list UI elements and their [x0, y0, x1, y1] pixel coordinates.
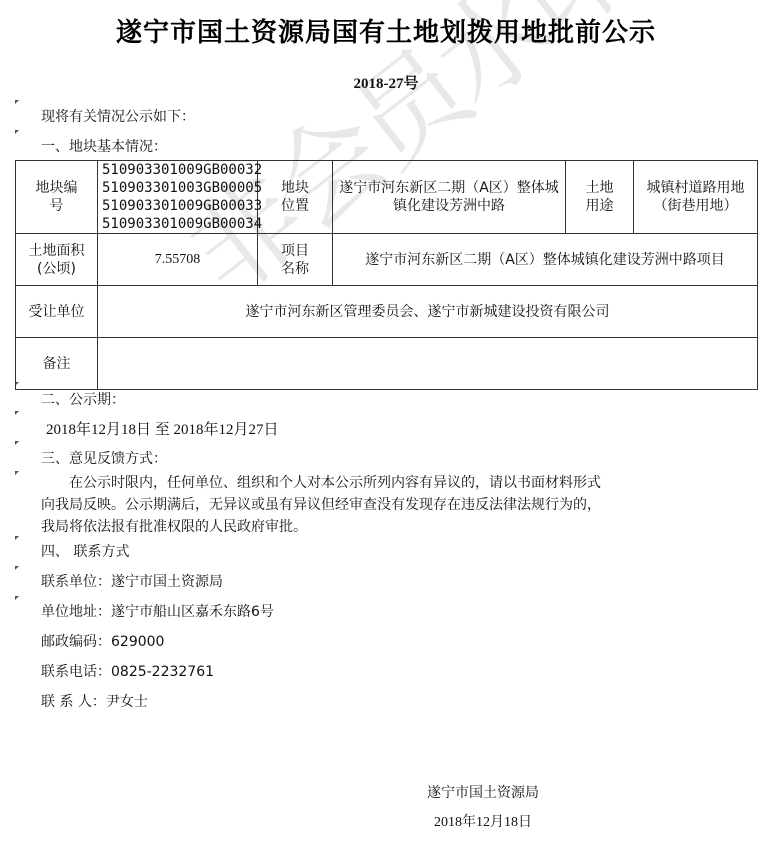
contact-person: 联 系 人：尹女士	[41, 691, 148, 711]
area-value: 7.55708	[98, 234, 258, 286]
intro-text: 现将有关情况公示如下：	[41, 106, 195, 126]
section3-heading: 三、意见反馈方式：	[41, 448, 167, 468]
document-number: 2018-27号	[0, 72, 772, 93]
paragraph-marker-icon	[15, 566, 19, 570]
feedback-paragraph: 在公示时限内，任何单位、组织和个人对本公示所列内容有异议的，请以书面材料形式 向…	[41, 472, 701, 538]
project-value: 遂宁市河东新区二期（A区）整体城镇化建设芳洲中路项目	[333, 234, 758, 286]
parcel-info-table: 地块编号 510903301009GB00032 510903301003GB0…	[15, 160, 758, 390]
parcel-code: 510903301003GB00005	[102, 179, 253, 197]
land-use-value: 城镇村道路用地（街巷用地）	[634, 161, 758, 234]
land-use-label: 土地用途	[566, 161, 634, 234]
signature-org: 遂宁市国土资源局	[0, 782, 772, 802]
parcel-code: 510903301009GB00032	[102, 161, 253, 179]
paragraph-marker-icon	[15, 471, 19, 475]
paragraph-marker-icon	[15, 100, 19, 104]
area-label: 土地面积(公顷)	[16, 234, 98, 286]
feedback-line: 在公示时限内，任何单位、组织和个人对本公示所列内容有异议的，请以书面材料形式	[41, 472, 701, 494]
assignee-label: 受让单位	[16, 286, 98, 338]
feedback-line: 向我局反映。公示期满后，无异议或虽有异议但经审查没有发现存在违反法律法规行为的，	[41, 494, 701, 516]
paragraph-marker-icon	[15, 411, 19, 415]
contact-phone: 联系电话：0825-2232761	[41, 661, 214, 681]
paragraph-marker-icon	[15, 596, 19, 600]
section2-heading: 二、公示期：	[41, 389, 125, 409]
assignee-value: 遂宁市河东新区管理委员会、遂宁市新城建设投资有限公司	[98, 286, 758, 338]
contact-address: 单位地址：遂宁市船山区嘉禾东路6号	[41, 601, 274, 621]
paragraph-marker-icon	[15, 130, 19, 134]
parcel-codes-cell: 510903301009GB00032 510903301003GB00005 …	[98, 161, 258, 234]
section1-heading: 一、地块基本情况：	[41, 136, 167, 156]
document-title: 遂宁市国土资源局国有土地划拨用地批前公示	[0, 12, 772, 49]
paragraph-marker-icon	[15, 441, 19, 445]
parcel-code: 510903301009GB00033	[102, 197, 253, 215]
parcel-code: 510903301009GB00034	[102, 215, 253, 233]
paragraph-marker-icon	[15, 536, 19, 540]
section4-heading: 四、 联系方式	[41, 541, 129, 561]
remarks-label: 备注	[16, 338, 98, 390]
location-value: 遂宁市河东新区二期（A区）整体城镇化建设芳洲中路	[333, 161, 566, 234]
contact-unit: 联系单位：遂宁市国土资源局	[41, 571, 223, 591]
publicity-period: 2018年12月18日 至 2018年12月27日	[46, 418, 279, 439]
contact-postcode: 邮政编码：629000	[41, 631, 164, 651]
location-label: 地块位置	[258, 161, 333, 234]
feedback-line: 我局将依法报有批准权限的人民政府审批。	[41, 516, 701, 538]
parcel-code-label: 地块编号	[16, 161, 98, 234]
project-label: 项目名称	[258, 234, 333, 286]
signature-date: 2018年12月18日	[0, 811, 772, 831]
remarks-value	[98, 338, 758, 390]
